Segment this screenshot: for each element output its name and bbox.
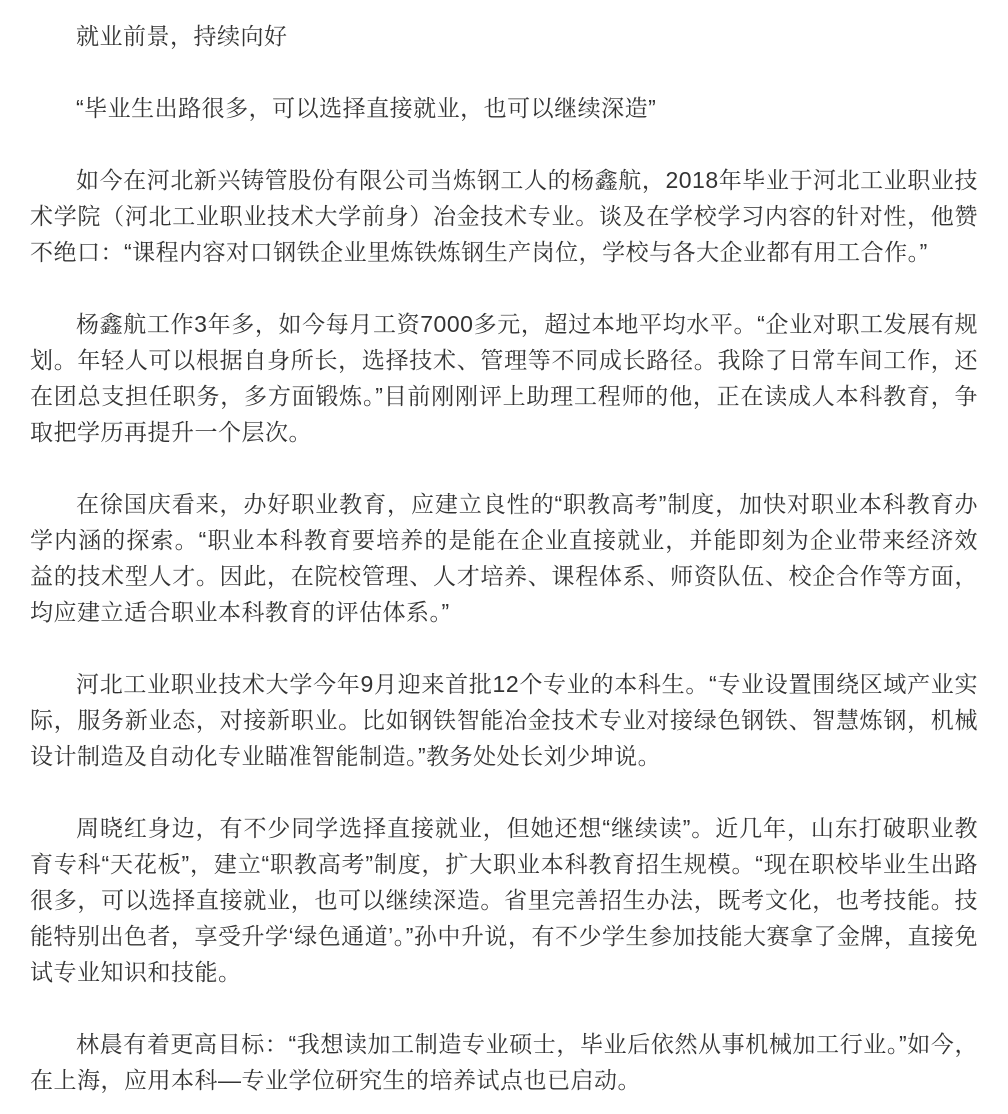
article-body: 就业前景，持续向好 “毕业生出路很多，可以选择直接就业，也可以继续深造” 如今在…: [0, 0, 1008, 1098]
section-heading: 就业前景，持续向好: [30, 18, 978, 54]
paragraph: 河北工业职业技术大学今年9月迎来首批12个专业的本科生。“专业设置围绕区域产业实…: [30, 666, 978, 774]
subheading-quote: “毕业生出路很多，可以选择直接就业，也可以继续深造”: [30, 90, 978, 126]
paragraph: 周晓红身边，有不少同学选择直接就业，但她还想“继续读”。近几年，山东打破职业教育…: [30, 810, 978, 990]
paragraph: 在徐国庆看来，办好职业教育，应建立良性的“职教高考”制度，加快对职业本科教育办学…: [30, 486, 978, 630]
paragraph: 林晨有着更高目标：“我想读加工制造专业硕士，毕业后依然从事机械加工行业。”如今，…: [30, 1026, 978, 1098]
paragraph: 如今在河北新兴铸管股份有限公司当炼钢工人的杨鑫航，2018年毕业于河北工业职业技…: [30, 162, 978, 270]
paragraph: 杨鑫航工作3年多，如今每月工资7000多元，超过本地平均水平。“企业对职工发展有…: [30, 306, 978, 450]
